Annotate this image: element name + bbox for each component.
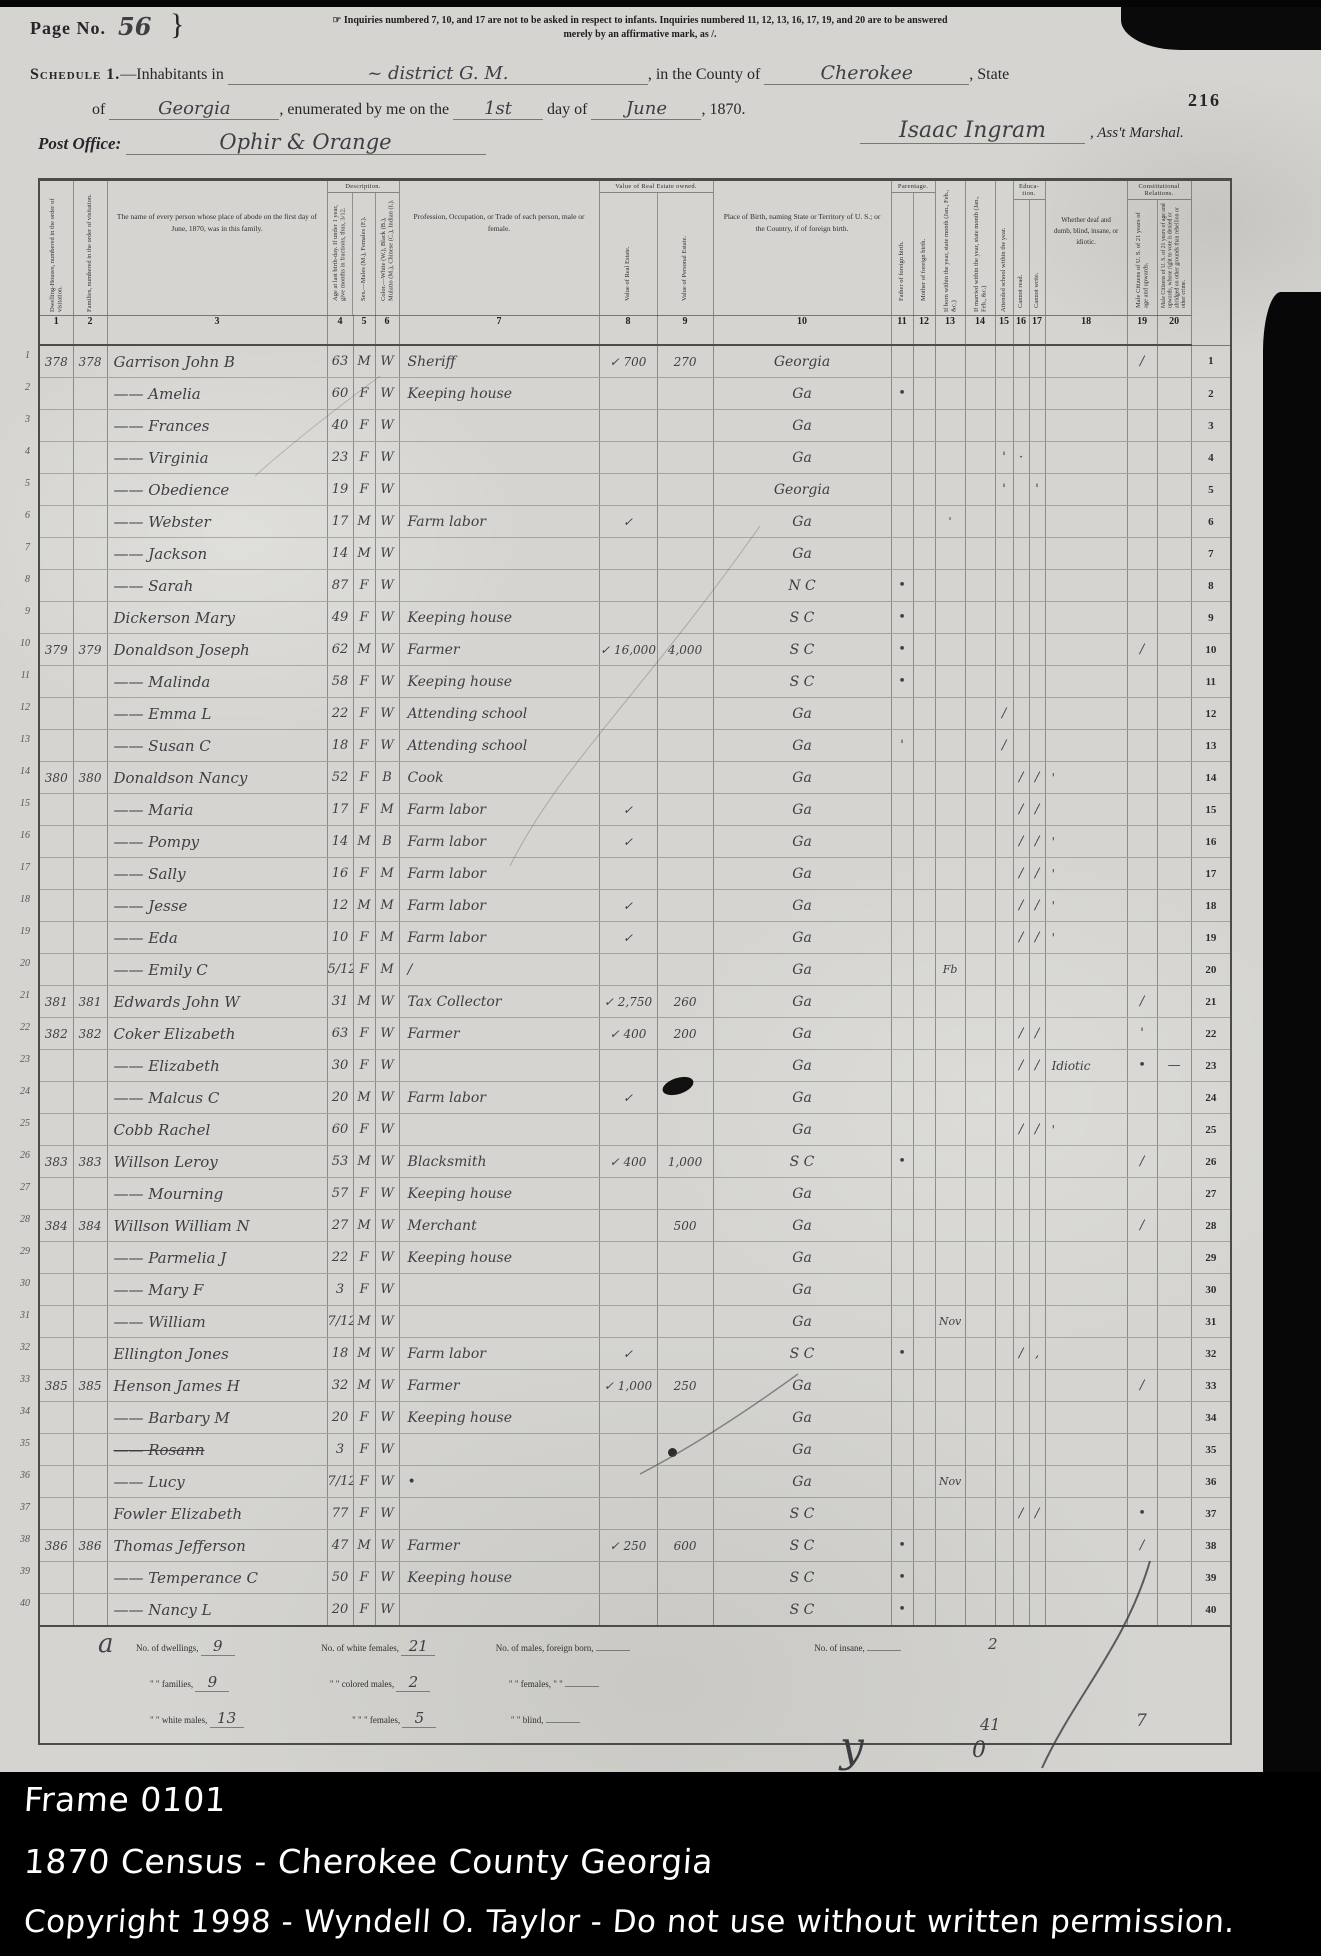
cell-m11 (891, 890, 913, 922)
cell-c: W (375, 378, 399, 410)
cell-m17 (1029, 1402, 1045, 1434)
cell-re (599, 1594, 657, 1627)
column-number: 4 (327, 316, 353, 346)
cell-m11 (891, 1210, 913, 1242)
cell-m13 (935, 1242, 965, 1274)
cell-m12 (913, 826, 935, 858)
cell-s: F (353, 1018, 375, 1050)
cell-m14 (965, 634, 995, 666)
cell-o: Sheriff (399, 345, 599, 378)
cell-s: F (353, 474, 375, 506)
tally-colored-females-value: 5 (402, 1709, 436, 1728)
cell-re (599, 858, 657, 890)
cell-m11 (891, 986, 913, 1018)
caption-copyright: Copyright 1998 - Wyndell O. Taylor - Do … (23, 1904, 1236, 1940)
column-number: 17 (1029, 316, 1045, 346)
right-row-number: 40 (1191, 1594, 1231, 1627)
right-row-number: 14 (1191, 762, 1231, 794)
cell-m12 (913, 602, 935, 634)
cell-m17 (1029, 730, 1045, 762)
cell-d (39, 1594, 73, 1627)
table-row: —— Mourning57FWKeeping houseGa27 (39, 1178, 1231, 1210)
cell-d (39, 730, 73, 762)
cell-m15 (995, 1530, 1013, 1562)
left-row-number: 35 (4, 1438, 30, 1449)
tally-families-label: " " families, (150, 1679, 193, 1689)
cell-f (73, 922, 107, 954)
cell-m13 (935, 1498, 965, 1530)
cell-m18 (1045, 1530, 1127, 1562)
cell-b: Ga (713, 890, 891, 922)
cell-m19 (1127, 826, 1157, 858)
cell-d (39, 538, 73, 570)
cell-m19 (1127, 1466, 1157, 1498)
cell-a: 3 (327, 1434, 353, 1466)
cell-b: Ga (713, 1178, 891, 1210)
cell-d (39, 442, 73, 474)
cell-m15 (995, 1402, 1013, 1434)
cell-re (599, 1434, 657, 1466)
district-handwritten: ~ district G. M. (228, 63, 648, 85)
cell-o: Farm labor (399, 1082, 599, 1114)
cell-nm: —— Pompy (107, 826, 327, 858)
cell-pe (657, 1498, 713, 1530)
cell-a: 60 (327, 1114, 353, 1146)
cell-f (73, 1178, 107, 1210)
cell-d: 380 (39, 762, 73, 794)
cell-m18 (1045, 570, 1127, 602)
cell-m17 (1029, 1530, 1045, 1562)
cell-m14 (965, 666, 995, 698)
cell-f: 380 (73, 762, 107, 794)
cell-m11 (891, 538, 913, 570)
cell-pe (657, 1402, 713, 1434)
cell-c: W (375, 1114, 399, 1146)
cell-c: W (375, 1082, 399, 1114)
cell-m12 (913, 634, 935, 666)
cell-c: W (375, 666, 399, 698)
cell-m19 (1127, 858, 1157, 890)
column-number: 1 (39, 316, 73, 346)
table-row: 380380Donaldson Nancy52FBCookGa//'14 (39, 762, 1231, 794)
col15-header: Attended school within the year. (1000, 184, 1007, 312)
col6-header: Color.—White (W.), Black (B.), Mulatto (… (380, 196, 395, 301)
cell-m20 (1157, 1562, 1191, 1594)
cell-s: F (353, 794, 375, 826)
cell-nm: —— Elizabeth (107, 1050, 327, 1082)
cell-s: F (353, 1466, 375, 1498)
cell-pe: 1,000 (657, 1146, 713, 1178)
cell-m12 (913, 1402, 935, 1434)
cell-pe: 600 (657, 1530, 713, 1562)
table-row: —— Mary F3FWGa30 (39, 1274, 1231, 1306)
cell-c: M (375, 922, 399, 954)
cell-m17: / (1029, 794, 1045, 826)
cell-m14 (965, 794, 995, 826)
cell-d (39, 1050, 73, 1082)
cell-m18 (1045, 1562, 1127, 1594)
left-row-number: 9 (4, 606, 30, 617)
cell-m20 (1157, 986, 1191, 1018)
caption-census-title: 1870 Census - Cherokee County Georgia (23, 1842, 715, 1881)
cell-m13 (935, 442, 965, 474)
right-row-number: 17 (1191, 858, 1231, 890)
cell-m18 (1045, 666, 1127, 698)
cell-m17 (1029, 378, 1045, 410)
cell-m19 (1127, 378, 1157, 410)
cell-o: Blacksmith (399, 1146, 599, 1178)
cell-m11 (891, 762, 913, 794)
cell-m13 (935, 858, 965, 890)
cell-o: Keeping house (399, 378, 599, 410)
cell-pe (657, 1242, 713, 1274)
column-number: 11 (891, 316, 913, 346)
cell-re (599, 666, 657, 698)
cell-s: F (353, 762, 375, 794)
right-row-number: 31 (1191, 1306, 1231, 1338)
cell-d: 385 (39, 1370, 73, 1402)
cell-m18 (1045, 1178, 1127, 1210)
cell-s: F (353, 1178, 375, 1210)
cell-nm: —— Emma L (107, 698, 327, 730)
cell-m18 (1045, 1498, 1127, 1530)
cell-m19 (1127, 538, 1157, 570)
left-row-number: 38 (4, 1534, 30, 1545)
cell-o: Merchant (399, 1210, 599, 1242)
cell-m13 (935, 666, 965, 698)
table-row: 382382Coker Elizabeth63FWFarmer✓ 400200G… (39, 1018, 1231, 1050)
cell-o: • (399, 1466, 599, 1498)
cell-m20 (1157, 1242, 1191, 1274)
cell-nm: —— William (107, 1306, 327, 1338)
cell-m14 (965, 1402, 995, 1434)
cell-m18: ' (1045, 858, 1127, 890)
col17-header: Cannot write. (1033, 203, 1040, 308)
cell-m15 (995, 1466, 1013, 1498)
cell-m18: ' (1045, 762, 1127, 794)
cell-m14 (965, 1530, 995, 1562)
cell-m16 (1013, 1146, 1029, 1178)
cell-re (599, 538, 657, 570)
cell-m16: / (1013, 1050, 1029, 1082)
cell-m20 (1157, 698, 1191, 730)
cell-m17: ' (1029, 474, 1045, 506)
cell-m20 (1157, 794, 1191, 826)
cell-m18 (1045, 474, 1127, 506)
cell-pe (657, 1114, 713, 1146)
cell-f (73, 1082, 107, 1114)
cell-m19 (1127, 794, 1157, 826)
cell-o (399, 410, 599, 442)
cell-m17: / (1029, 762, 1045, 794)
brace-mark: } (170, 8, 184, 42)
cell-m17: / (1029, 1018, 1045, 1050)
cell-m13 (935, 1018, 965, 1050)
cell-m14 (965, 858, 995, 890)
cell-m11: • (891, 634, 913, 666)
cell-c: W (375, 1306, 399, 1338)
cell-m11 (891, 1498, 913, 1530)
tally-insane-value (867, 1650, 901, 1651)
cell-nm: Fowler Elizabeth (107, 1498, 327, 1530)
cell-m14 (965, 345, 995, 378)
cell-f (73, 410, 107, 442)
cell-nm: —— Emily C (107, 954, 327, 986)
cell-m11 (891, 442, 913, 474)
cell-b: Ga (713, 858, 891, 890)
cell-f (73, 1402, 107, 1434)
cell-a: 27 (327, 1210, 353, 1242)
stray-pen-zero-mark: 0 (972, 1738, 986, 1763)
form-instructions: ☞ Inquiries numbered 7, 10, and 17 are n… (250, 14, 1030, 41)
cell-m19 (1127, 922, 1157, 954)
cell-m19 (1127, 890, 1157, 922)
cell-m16 (1013, 1274, 1029, 1306)
cell-c: W (375, 1338, 399, 1370)
right-row-number: 10 (1191, 634, 1231, 666)
cell-f: 386 (73, 1530, 107, 1562)
left-row-number: 20 (4, 958, 30, 969)
cell-m11: • (891, 666, 913, 698)
cell-s: F (353, 1594, 375, 1627)
table-row: —— Sarah87FWN C•8 (39, 570, 1231, 602)
cell-m15 (995, 410, 1013, 442)
cell-c: W (375, 1466, 399, 1498)
tally-males-foreign-label: No. of males, foreign born, (496, 1643, 594, 1653)
cell-m20 (1157, 345, 1191, 378)
cell-o: Farm labor (399, 858, 599, 890)
cell-nm: —— Sally (107, 858, 327, 890)
cell-d (39, 1466, 73, 1498)
cell-m16 (1013, 986, 1029, 1018)
cell-m12 (913, 570, 935, 602)
right-row-number: 2 (1191, 378, 1231, 410)
cell-b: S C (713, 1530, 891, 1562)
cell-re (599, 762, 657, 794)
cell-b: Ga (713, 1242, 891, 1274)
column-number: 9 (657, 316, 713, 346)
cell-m11: • (891, 1594, 913, 1627)
stamp-number: 216 (1188, 90, 1221, 111)
cell-re (599, 410, 657, 442)
table-row: 383383Willson Leroy53MWBlacksmith✓ 4001,… (39, 1146, 1231, 1178)
cell-m11: • (891, 1562, 913, 1594)
column-number: 8 (599, 316, 657, 346)
cell-f: 385 (73, 1370, 107, 1402)
cell-a: 40 (327, 410, 353, 442)
cell-c: W (375, 1050, 399, 1082)
cell-f (73, 794, 107, 826)
cell-c: W (375, 410, 399, 442)
stray-pen-y-mark: y (840, 1722, 864, 1771)
cell-m18 (1045, 345, 1127, 378)
left-row-number: 16 (4, 830, 30, 841)
cell-m16: / (1013, 858, 1029, 890)
cell-f: 384 (73, 1210, 107, 1242)
cell-re (599, 954, 657, 986)
cell-s: F (353, 1498, 375, 1530)
cell-b: Ga (713, 1018, 891, 1050)
cell-f (73, 1434, 107, 1466)
cell-re (599, 378, 657, 410)
tally-dwellings-label: No. of dwellings, (136, 1643, 199, 1653)
left-row-number: 15 (4, 798, 30, 809)
cell-m15 (995, 1178, 1013, 1210)
cell-m20 (1157, 666, 1191, 698)
cell-m17 (1029, 1274, 1045, 1306)
cell-m11 (891, 506, 913, 538)
column-number: 10 (713, 316, 891, 346)
cell-nm: Donaldson Joseph (107, 634, 327, 666)
cell-m14 (965, 826, 995, 858)
cell-m13 (935, 922, 965, 954)
cell-m12 (913, 1370, 935, 1402)
right-row-number: 38 (1191, 1530, 1231, 1562)
cell-o (399, 1050, 599, 1082)
cell-d: 378 (39, 345, 73, 378)
cell-c: W (375, 570, 399, 602)
cell-m11: • (891, 570, 913, 602)
cell-m13 (935, 345, 965, 378)
cell-m18 (1045, 1338, 1127, 1370)
constitutional-group: Constitutional Relations. Male Citizens … (1128, 181, 1191, 315)
cell-m16: / (1013, 922, 1029, 954)
cell-a: 60 (327, 378, 353, 410)
cell-nm: Ellington Jones (107, 1338, 327, 1370)
col12-header: Mother of foreign birth. (920, 196, 927, 301)
left-row-number: 36 (4, 1470, 30, 1481)
cell-m16 (1013, 1594, 1029, 1627)
cell-pe: 260 (657, 986, 713, 1018)
table-row: —— Virginia23FWGa'·4 (39, 442, 1231, 474)
cell-c: W (375, 1402, 399, 1434)
left-row-number: 4 (4, 446, 30, 457)
cell-m13 (935, 1434, 965, 1466)
cell-d (39, 1338, 73, 1370)
cell-m19 (1127, 1434, 1157, 1466)
cell-m18 (1045, 1402, 1127, 1434)
cell-f: 381 (73, 986, 107, 1018)
table-row: —— Eda10FMFarm labor✓Ga//'19 (39, 922, 1231, 954)
constitutional-group-label: Constitutional Relations. (1128, 181, 1191, 200)
cell-m13 (935, 1082, 965, 1114)
cell-m12 (913, 1146, 935, 1178)
cell-m14 (965, 1210, 995, 1242)
table-row: —— Pompy14MBFarm labor✓Ga//'16 (39, 826, 1231, 858)
cell-m15: / (995, 730, 1013, 762)
schedule-inhabitants-label: —Inhabitants in (120, 66, 224, 83)
cell-m13 (935, 986, 965, 1018)
right-row-number: 13 (1191, 730, 1231, 762)
cell-m20 (1157, 1210, 1191, 1242)
cell-d (39, 378, 73, 410)
cell-o: Farm labor (399, 890, 599, 922)
cell-m20 (1157, 762, 1191, 794)
cell-c: B (375, 762, 399, 794)
cell-d (39, 794, 73, 826)
column-number: 7 (399, 316, 599, 346)
schedule-line-1: Schedule 1.—Inhabitants in ~ district G.… (30, 62, 1009, 85)
cell-c: W (375, 634, 399, 666)
cell-a: 17 (327, 506, 353, 538)
cell-nm: —— Temperance C (107, 1562, 327, 1594)
cell-pe (657, 922, 713, 954)
cell-m18 (1045, 1466, 1127, 1498)
cell-f: 383 (73, 1146, 107, 1178)
cell-a: 58 (327, 666, 353, 698)
left-row-number: 17 (4, 862, 30, 873)
cell-nm: —— Eda (107, 922, 327, 954)
table-row: 381381Edwards John W31MWTax Collector✓ 2… (39, 986, 1231, 1018)
right-row-number: 20 (1191, 954, 1231, 986)
cell-m13: Nov (935, 1466, 965, 1498)
table-row: —— Susan C18FWAttending schoolGa'/13 (39, 730, 1231, 762)
cell-nm: —— Sarah (107, 570, 327, 602)
cell-c: W (375, 1594, 399, 1627)
cell-pe (657, 1466, 713, 1498)
cell-m15 (995, 1498, 1013, 1530)
tally-families-value: 9 (195, 1673, 229, 1692)
cell-f (73, 378, 107, 410)
scan-top-edge (0, 0, 1321, 7)
cell-a: 63 (327, 345, 353, 378)
cell-re (599, 570, 657, 602)
left-row-number: 10 (4, 638, 30, 649)
cell-f (73, 538, 107, 570)
cell-m18: ' (1045, 826, 1127, 858)
cell-d (39, 474, 73, 506)
cell-s: M (353, 506, 375, 538)
cell-m11 (891, 1306, 913, 1338)
cell-m15 (995, 1306, 1013, 1338)
cell-m14 (965, 538, 995, 570)
cell-re (599, 442, 657, 474)
cell-m13: Nov (935, 1306, 965, 1338)
cell-pe (657, 826, 713, 858)
right-row-number: 4 (1191, 442, 1231, 474)
column-number: 20 (1157, 316, 1191, 346)
cell-m20 (1157, 730, 1191, 762)
cell-m14 (965, 730, 995, 762)
cell-o (399, 442, 599, 474)
cell-c: M (375, 858, 399, 890)
cell-b: Ga (713, 922, 891, 954)
cell-m20 (1157, 442, 1191, 474)
cell-nm: —— Parmelia J (107, 1242, 327, 1274)
cell-m12 (913, 1466, 935, 1498)
cell-m17 (1029, 442, 1045, 474)
state-handwritten: Georgia (109, 98, 279, 120)
cell-b: S C (713, 1146, 891, 1178)
tally-colored-females-label: " " " females, (352, 1715, 400, 1725)
cell-re: ✓ 400 (599, 1018, 657, 1050)
cell-m20 (1157, 1018, 1191, 1050)
cell-m15 (995, 890, 1013, 922)
cell-pe (657, 474, 713, 506)
cell-m16 (1013, 1082, 1029, 1114)
cell-m16 (1013, 1530, 1029, 1562)
table-row: —— Maria17FMFarm labor✓Ga//15 (39, 794, 1231, 826)
left-row-number: 3 (4, 414, 30, 425)
table-row: —— Webster17MWFarm labor✓Ga'6 (39, 506, 1231, 538)
cell-re: ✓ (599, 1082, 657, 1114)
cell-pe (657, 794, 713, 826)
cell-m16: / (1013, 1114, 1029, 1146)
cell-m18: Idiotic (1045, 1050, 1127, 1082)
cell-f (73, 1306, 107, 1338)
post-office-line: Post Office: Ophir & Orange (38, 130, 486, 155)
cell-a: 14 (327, 826, 353, 858)
